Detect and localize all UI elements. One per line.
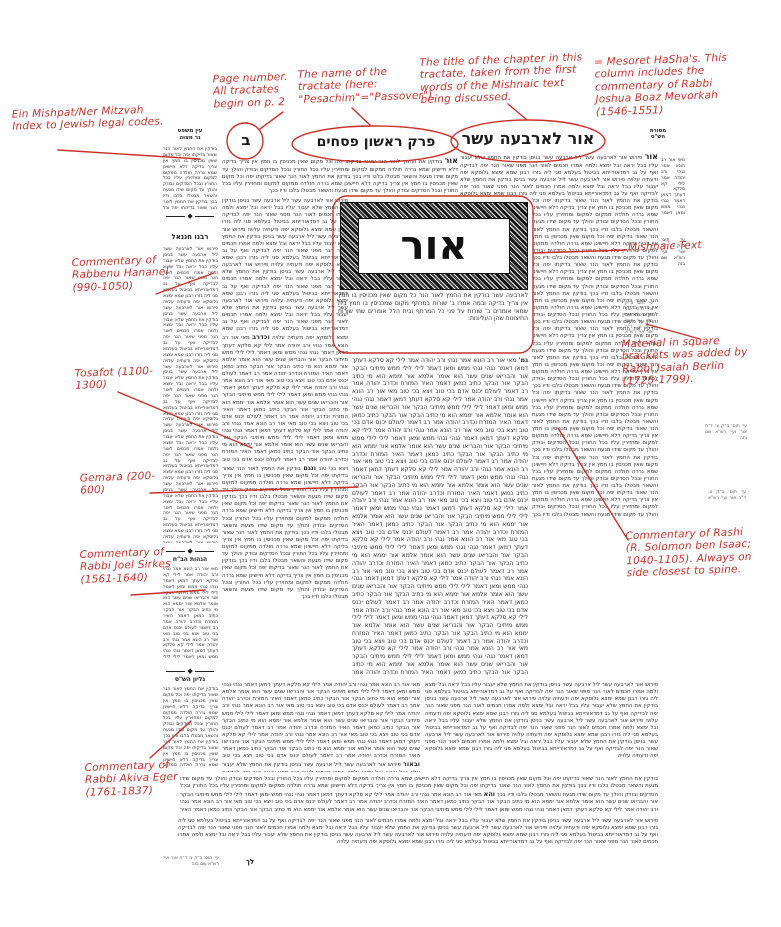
rashi-column: בודקין את החמץ לאור הנר שאור בדיקתו יפה … [532,198,658,678]
tosafot-headword: וכדרב [252,333,270,341]
bottom-headword: והא [484,790,495,798]
rabbenu-hananel-header: רבנו חננאל [164,233,216,241]
daf-letter: ב [236,131,256,149]
mishna-opening-word: אור [401,226,468,266]
gemara-lead-word: גמ' [518,356,528,364]
ann-rashi: Commentary of Rashi (R. Solomon ben Isaa… [625,526,759,580]
ornamental-border: אור [340,202,528,290]
tosafot-headword: ונגם [303,464,316,472]
mesoret-column: מאי אור רב הונא אמר נגהי ורב יהודה אמר ל… [661,158,685,216]
divider-ornament: ◆ [166,667,214,675]
outer-margin-note: עי' תוס' ב"ק צ: ד"ה אור ועי' רש"א שם בזה [708,490,746,502]
ann-ein-mishpat: Ein Mishpat/Ner Mitzvah Index to Jewish … [12,103,165,133]
tosafot-lead-word: אור [445,156,458,165]
tosafot-headword: ובאור [403,760,420,768]
ann-tractate: The name of the tractate (here: "Pesachi… [297,65,410,106]
catchword: לך [240,858,260,866]
rashi-top-block: אור פירוש אור לארבעה עשר ליל ארבעה עשר ב… [460,152,658,196]
gemara-column: גמ' מאי אור רב הונא אמר נגהי ורב יהודה א… [352,356,528,678]
divider-ornament: ◆ [166,212,214,220]
header-tractate: פרק ראשון פסחים [297,134,455,150]
ann-mesoret: = Mesoret HaSha's. This column includes … [594,52,738,119]
leader-page-number [260,112,283,129]
gilyon-hashas-header: גליון הש"ס [164,676,216,683]
leader-tractate [352,108,370,125]
bottom-margin-note: עי' תוס' ב"ק צ: ד"ה אור ועי' רש"א שם בזה [163,856,219,874]
rabbenu-hananel-column: פירוש אור לארבעה עשר ליל ארבעה עשר בניסן… [163,247,218,543]
gilyon-hashas-column: בודקין את החמץ לאור הנר שאור בדיקתו יפה … [163,687,218,767]
mishna-text: לארבעה עשר בודקין את החמץ לאור הנר כל מק… [338,292,528,350]
header-chapter: אור לארבעה עשר [455,129,601,148]
ann-hananel: Commentary of Rabbenu Hananel (990-1050) [71,253,194,294]
ein-mishpat-column: בודקין את החמץ לאור הנר שאור בדיקתו יפה … [163,147,217,209]
ann-sirkes: Commentary of Rabbi Joel Sirkes (1561-16… [79,545,192,586]
rashi-lower-block: פירוש אור לארבעה עשר ליל ארבעה עשר בניסן… [425,682,658,772]
ann-tosafot: Tosafot (1100-1300) [75,364,176,392]
tosafot-column: פירוש אור לארבעה עשר ליל ארבעה עשר בניסן… [222,198,348,678]
rashi-lead-word: אור [645,152,658,161]
tosafot-top-block: אור בודקין את החמץ לאור הנר שאור בדיקתו … [222,156,458,196]
ann-brackets: Material in square brackets was added by… [621,334,761,388]
mesoret-header: מסורתהש"ס [636,128,680,141]
bottom-wide-block: בודקין את החמץ לאור הנר שאור בדיקתו יפה … [180,776,658,812]
berlin-bracketed-note: עי' תוס' ב"ק צ: ד"ה אור ועי' רש"א שם בזה… [625,301,653,333]
talmud-page-diagram: ב פרק ראשון פסחים אור לארבעה עשר עין משפ… [0,0,781,927]
outer-margin-note: עי' תוס' ב"ק צ: ד"ה אור ועי' רש"א שם בזה [705,424,747,440]
ein-mishpat-header: עין משפטנר מצוה [164,128,216,141]
bottom-final-lines: פירוש אור לארבעה עשר ליל ארבעה עשר בניסן… [178,818,658,852]
ann-chapter: The title of the chapter in this tractat… [419,51,593,106]
ann-page-number: Page number. All tractates begin on p. 2 [212,71,297,111]
leader-chapter [508,104,527,120]
ann-eger: Commentary of Rabbi Akiva Eger (1761-183… [84,758,197,799]
tosafot-lower-block: מאי אור רב הונא אמר נגהי ורב יהודה אמר ל… [222,682,420,772]
ann-gemara: Gemara (200-600) [80,469,171,497]
ann-mishnaic-text: Mishnaic Text [628,238,723,254]
